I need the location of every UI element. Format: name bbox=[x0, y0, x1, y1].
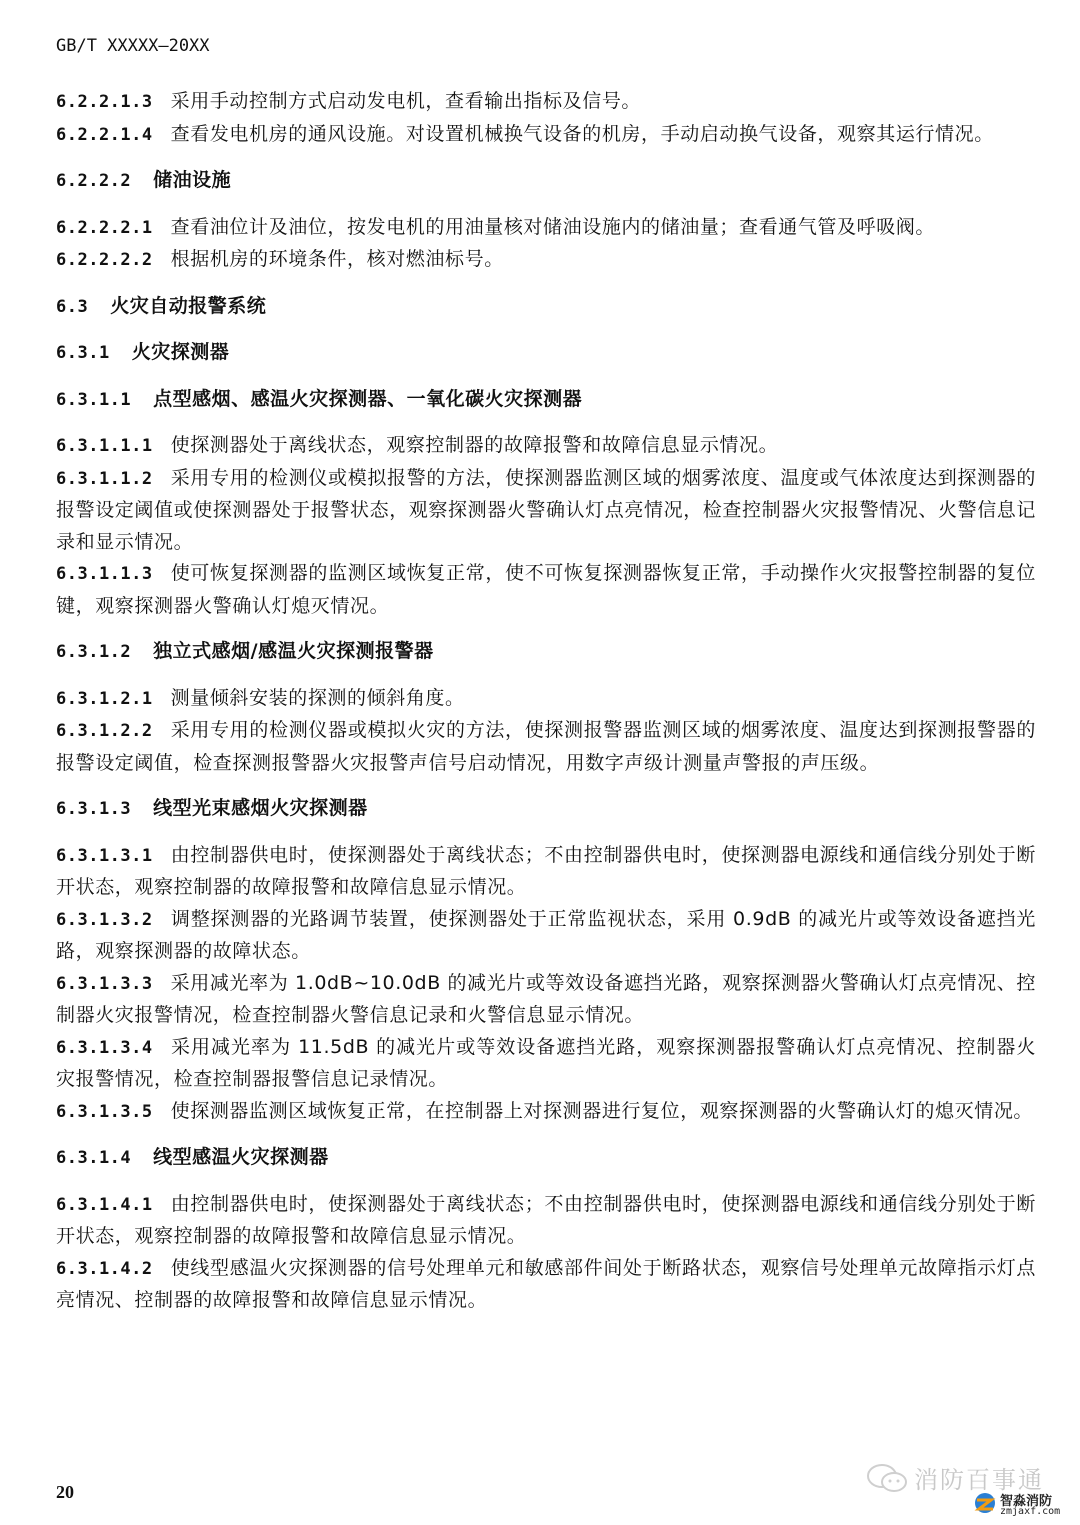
clause-text: 根据机房的环境条件，核对燃油标号。 bbox=[171, 248, 504, 270]
clause-text: 采用减光率为 1.0dB~10.0dB 的减光片或等效设备遮挡光路，观察探测器火… bbox=[56, 972, 1036, 1027]
clause-6-3-1-3-4: 6.3.1.3.4采用减光率为 11.5dB 的减光片或等效设备遮挡光路，观察探… bbox=[56, 1032, 1036, 1096]
clause-text: 采用减光率为 11.5dB 的减光片或等效设备遮挡光路，观察探测器报警确认灯点亮… bbox=[56, 1036, 1036, 1091]
heading-6-3-1-4: 6.3.1.4线型感温火灾探测器 bbox=[56, 1142, 1036, 1175]
heading-text: 火灾探测器 bbox=[132, 341, 230, 363]
clause-6-3-1-1-1: 6.3.1.1.1使探测器处于离线状态，观察控制器的故障报警和故障信息显示情况。 bbox=[56, 430, 1036, 463]
clause-number: 6.2.2.1.4 bbox=[56, 125, 153, 145]
clause-number: 6.3.1.3.4 bbox=[56, 1038, 153, 1058]
clause-text: 测量倾斜安装的探测的倾斜角度。 bbox=[171, 687, 465, 709]
standard-code-header: GB/T XXXXX—20XX bbox=[56, 36, 210, 56]
clause-number: 6.3.1.4.2 bbox=[56, 1259, 153, 1279]
heading-text: 点型感烟、感温火灾探测器、一氧化碳火灾探测器 bbox=[153, 388, 582, 410]
clause-number: 6.3.1.3.5 bbox=[56, 1102, 153, 1122]
clause-text: 使可恢复探测器的监测区域恢复正常，使不可恢复探测器恢复正常，手动操作火灾报警控制… bbox=[56, 562, 1036, 617]
document-body: 6.2.2.1.3采用手动控制方式启动发电机，查看输出指标及信号。 6.2.2.… bbox=[56, 86, 1036, 1317]
clause-text: 使线型感温火灾探测器的信号处理单元和敏感部件间处于断路状态，观察信号处理单元故障… bbox=[56, 1257, 1036, 1312]
clause-text: 采用专用的检测仪或模拟报警的方法，使探测器监测区域的烟雾浓度、温度或气体浓度达到… bbox=[56, 467, 1036, 553]
watermark-url: zmjaxf.com bbox=[1000, 1506, 1060, 1517]
clause-number: 6.3.1.2.2 bbox=[56, 721, 153, 741]
clause-6-2-2-2-1: 6.2.2.2.1查看油位计及油位，按发电机的用油量核对储油设施内的储油量；查看… bbox=[56, 212, 1036, 245]
heading-6-2-2-2: 6.2.2.2储油设施 bbox=[56, 165, 1036, 198]
clause-text: 查看油位计及油位，按发电机的用油量核对储油设施内的储油量；查看通气管及呼吸阀。 bbox=[171, 216, 935, 238]
clause-number: 6.3.1.3.2 bbox=[56, 910, 153, 930]
heading-text: 储油设施 bbox=[153, 169, 231, 191]
clause-number: 6.3.1.1.2 bbox=[56, 469, 153, 489]
clause-text: 使探测器监测区域恢复正常，在控制器上对探测器进行复位，观察探测器的火警确认灯的熄… bbox=[171, 1100, 1033, 1122]
zm-logo-icon bbox=[974, 1492, 996, 1518]
clause-text: 由控制器供电时，使探测器处于离线状态；不由控制器供电时，使探测器电源线和通信线分… bbox=[56, 1193, 1036, 1248]
heading-number: 6.3.1.3 bbox=[56, 799, 131, 819]
heading-text: 火灾自动报警系统 bbox=[110, 295, 266, 317]
clause-6-3-1-4-1: 6.3.1.4.1由控制器供电时，使探测器处于离线状态；不由控制器供电时，使探测… bbox=[56, 1189, 1036, 1253]
heading-number: 6.3 bbox=[56, 297, 88, 317]
heading-number: 6.3.1 bbox=[56, 343, 110, 363]
clause-6-3-1-1-2: 6.3.1.1.2采用专用的检测仪或模拟报警的方法，使探测器监测区域的烟雾浓度、… bbox=[56, 463, 1036, 559]
heading-number: 6.3.1.4 bbox=[56, 1148, 131, 1168]
clause-6-3-1-1-3: 6.3.1.1.3使可恢复探测器的监测区域恢复正常，使不可恢复探测器恢复正常，手… bbox=[56, 558, 1036, 622]
clause-text: 由控制器供电时，使探测器处于离线状态；不由控制器供电时，使探测器电源线和通信线分… bbox=[56, 844, 1036, 899]
clause-6-3-1-2-2: 6.3.1.2.2采用专用的检测仪器或模拟火灾的方法，使探测报警器监测区域的烟雾… bbox=[56, 715, 1036, 779]
clause-6-2-2-2-2: 6.2.2.2.2根据机房的环境条件，核对燃油标号。 bbox=[56, 244, 1036, 277]
clause-text: 采用专用的检测仪器或模拟火灾的方法，使探测报警器监测区域的烟雾浓度、温度达到探测… bbox=[56, 719, 1036, 774]
clause-6-3-1-3-3: 6.3.1.3.3采用减光率为 1.0dB~10.0dB 的减光片或等效设备遮挡… bbox=[56, 968, 1036, 1032]
heading-6-3-1: 6.3.1火灾探测器 bbox=[56, 337, 1036, 370]
clause-number: 6.2.2.2.1 bbox=[56, 218, 153, 238]
clause-number: 6.2.2.2.2 bbox=[56, 250, 153, 270]
watermark: 消防百事通 智淼消防 zmjaxf.com bbox=[862, 1458, 1072, 1520]
heading-text: 线型感温火灾探测器 bbox=[153, 1146, 329, 1168]
clause-number: 6.3.1.4.1 bbox=[56, 1195, 153, 1215]
heading-6-3-1-2: 6.3.1.2独立式感烟/感温火灾探测报警器 bbox=[56, 636, 1036, 669]
clause-text: 调整探测器的光路调节装置，使探测器处于正常监视状态，采用 0.9dB 的减光片或… bbox=[56, 908, 1036, 963]
clause-text: 采用手动控制方式启动发电机，查看输出指标及信号。 bbox=[171, 90, 641, 112]
heading-text: 独立式感烟/感温火灾探测报警器 bbox=[153, 640, 433, 662]
clause-number: 6.3.1.3.1 bbox=[56, 846, 153, 866]
clause-6-3-1-2-1: 6.3.1.2.1测量倾斜安装的探测的倾斜角度。 bbox=[56, 683, 1036, 716]
heading-6-3: 6.3火灾自动报警系统 bbox=[56, 291, 1036, 324]
clause-number: 6.3.1.1.1 bbox=[56, 436, 153, 456]
clause-number: 6.3.1.3.3 bbox=[56, 974, 153, 994]
heading-number: 6.2.2.2 bbox=[56, 171, 131, 191]
clause-6-2-2-1-4: 6.2.2.1.4查看发电机房的通风设施。对设置机械换气设备的机房，手动启动换气… bbox=[56, 119, 1036, 152]
clause-number: 6.3.1.1.3 bbox=[56, 564, 153, 584]
clause-6-2-2-1-3: 6.2.2.1.3采用手动控制方式启动发电机，查看输出指标及信号。 bbox=[56, 86, 1036, 119]
page-number: 20 bbox=[56, 1482, 74, 1503]
clause-text: 使探测器处于离线状态，观察控制器的故障报警和故障信息显示情况。 bbox=[171, 434, 779, 456]
heading-6-3-1-3: 6.3.1.3线型光束感烟火灾探测器 bbox=[56, 793, 1036, 826]
clause-6-3-1-4-2: 6.3.1.4.2使线型感温火灾探测器的信号处理单元和敏感部件间处于断路状态，观… bbox=[56, 1253, 1036, 1317]
clause-text: 查看发电机房的通风设施。对设置机械换气设备的机房，手动启动换气设备，观察其运行情… bbox=[171, 123, 994, 145]
clause-number: 6.2.2.1.3 bbox=[56, 92, 153, 112]
heading-text: 线型光束感烟火灾探测器 bbox=[153, 797, 368, 819]
heading-number: 6.3.1.2 bbox=[56, 642, 131, 662]
clause-6-3-1-3-2: 6.3.1.3.2调整探测器的光路调节装置，使探测器处于正常监视状态，采用 0.… bbox=[56, 904, 1036, 968]
heading-6-3-1-1: 6.3.1.1点型感烟、感温火灾探测器、一氧化碳火灾探测器 bbox=[56, 384, 1036, 417]
clause-6-3-1-3-5: 6.3.1.3.5使探测器监测区域恢复正常，在控制器上对探测器进行复位，观察探测… bbox=[56, 1096, 1036, 1129]
wechat-bubble-icon bbox=[866, 1462, 910, 1500]
clause-number: 6.3.1.2.1 bbox=[56, 689, 153, 709]
heading-number: 6.3.1.1 bbox=[56, 390, 131, 410]
clause-6-3-1-3-1: 6.3.1.3.1由控制器供电时，使探测器处于离线状态；不由控制器供电时，使探测… bbox=[56, 840, 1036, 904]
